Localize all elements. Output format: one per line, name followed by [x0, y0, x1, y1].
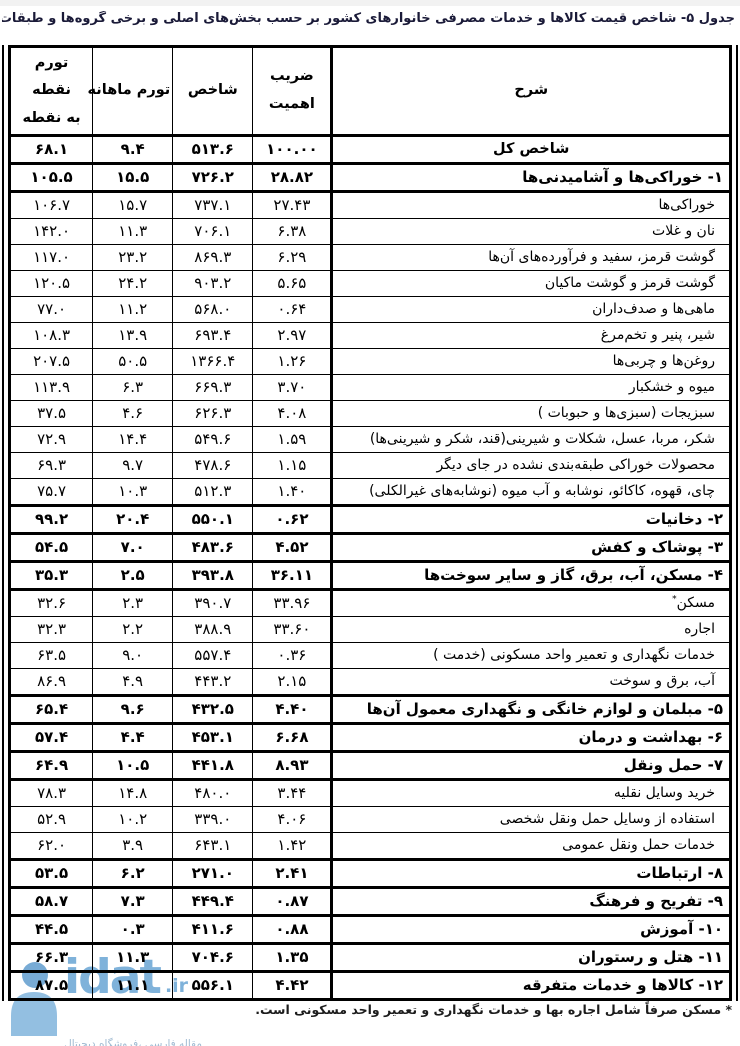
monthly-inflation-cell: ۱۱.۲ [93, 297, 173, 323]
monthly-inflation-cell: ۱۵.۵ [93, 164, 173, 192]
point-to-point-inflation-cell: ۵۴.۵ [10, 534, 93, 562]
description-cell: گوشت قرمز، سفید و فرآورده‌های آن‌ها [332, 245, 731, 271]
index-cell: ۷۰۶.۱ [173, 219, 253, 245]
table-row: چای، قهوه، کاکائو، نوشابه و آب میوه (نوش… [10, 479, 731, 506]
point-to-point-inflation-cell: ۷۷.۰ [10, 297, 93, 323]
index-cell: ۴۷۸.۶ [173, 453, 253, 479]
importance-weight-cell: ۲.۹۷ [253, 323, 332, 349]
monthly-inflation-cell: ۰.۳ [93, 916, 173, 944]
importance-weight-cell: ۲.۱۵ [253, 669, 332, 696]
point-to-point-inflation-cell: ۸۶.۹ [10, 669, 93, 696]
monthly-inflation-cell: ۱۴.۴ [93, 427, 173, 453]
page-top-edge [0, 0, 740, 6]
cpi-table-wrapper: شرح ضریب اهمیت شاخص تورم ماهانه تورم نقط… [2, 45, 738, 1001]
importance-weight-cell: ۱.۲۶ [253, 349, 332, 375]
monthly-inflation-cell: ۴.۴ [93, 724, 173, 752]
table-row: مسکن*۳۳.۹۶۳۹۰.۷۲.۳۳۲.۶ [10, 590, 731, 617]
index-cell: ۸۶۹.۳ [173, 245, 253, 271]
point-to-point-inflation-cell: ۳۲.۶ [10, 590, 93, 617]
table-row: ۱۰- آموزش۰.۸۸۴۱۱.۶۰.۳۴۴.۵ [10, 916, 731, 944]
monthly-inflation-cell: ۴.۹ [93, 669, 173, 696]
monthly-inflation-cell: ۴.۶ [93, 401, 173, 427]
description-cell: ۷- حمل ونقل [332, 752, 731, 780]
description-cell: ۱- خوراکی‌ها و آشامیدنی‌ها [332, 164, 731, 192]
table-row: ۱- خوراکی‌ها و آشامیدنی‌ها۲۸.۸۲۷۲۶.۲۱۵.۵… [10, 164, 731, 192]
importance-weight-cell: ۱.۱۵ [253, 453, 332, 479]
point-to-point-inflation-cell: ۱۱۷.۰ [10, 245, 93, 271]
importance-weight-cell: ۶.۶۸ [253, 724, 332, 752]
cpi-table: شرح ضریب اهمیت شاخص تورم ماهانه تورم نقط… [8, 45, 732, 1001]
importance-weight-cell: ۱۰۰.۰۰ [253, 136, 332, 164]
table-row: گوشت قرمز، سفید و فرآورده‌های آن‌ها۶.۲۹۸… [10, 245, 731, 271]
monthly-inflation-cell: ۵۰.۵ [93, 349, 173, 375]
index-cell: ۳۹۳.۸ [173, 562, 253, 590]
table-row: ۶- بهداشت و درمان۶.۶۸۴۵۳.۱۴.۴۵۷.۴ [10, 724, 731, 752]
importance-weight-cell: ۶.۳۸ [253, 219, 332, 245]
point-to-point-inflation-cell: ۶۳.۵ [10, 643, 93, 669]
table-body: شاخص کل۱۰۰.۰۰۵۱۳.۶۹.۴۶۸.۱۱- خوراکی‌ها و … [10, 136, 731, 1000]
monthly-inflation-cell: ۲.۳ [93, 590, 173, 617]
description-cell: چای، قهوه، کاکائو، نوشابه و آب میوه (نوش… [332, 479, 731, 506]
importance-weight-cell: ۲.۴۱ [253, 860, 332, 888]
description-cell: ۱۱- هتل و رستوران [332, 944, 731, 972]
monthly-inflation-cell: ۲.۵ [93, 562, 173, 590]
index-cell: ۷۳۷.۱ [173, 192, 253, 219]
description-cell: روغن‌ها و چربی‌ها [332, 349, 731, 375]
point-to-point-inflation-cell: ۳۲.۳ [10, 617, 93, 643]
monthly-inflation-cell: ۹.۷ [93, 453, 173, 479]
point-to-point-inflation-cell: ۹۹.۲ [10, 506, 93, 534]
index-cell: ۴۸۰.۰ [173, 780, 253, 807]
description-cell: خرید وسایل نقلیه [332, 780, 731, 807]
table-row: ۵- مبلمان و لوازم خانگی و نگهداری معمول … [10, 696, 731, 724]
table-row: شکر، مربا، عسل، شکلات و شیرینی(قند، شکر … [10, 427, 731, 453]
index-cell: ۴۴۳.۲ [173, 669, 253, 696]
monthly-inflation-cell: ۳.۹ [93, 833, 173, 860]
table-row: خدمات حمل ونقل عمومی۱.۴۲۶۴۳.۱۳.۹۶۲.۰ [10, 833, 731, 860]
index-cell: ۴۳۲.۵ [173, 696, 253, 724]
description-cell: شاخص کل [332, 136, 731, 164]
point-to-point-inflation-cell: ۶۵.۴ [10, 696, 93, 724]
description-cell: استفاده از وسایل حمل ونقل شخصی [332, 807, 731, 833]
table-row: ماهی‌ها و صدف‌داران۰.۶۴۵۶۸.۰۱۱.۲۷۷.۰ [10, 297, 731, 323]
importance-weight-cell: ۴.۰۶ [253, 807, 332, 833]
description-cell: ۹- تفریح و فرهنگ [332, 888, 731, 916]
header-monthly-inflation: تورم ماهانه [93, 47, 173, 136]
description-cell: اجاره [332, 617, 731, 643]
point-to-point-inflation-cell: ۲۰۷.۵ [10, 349, 93, 375]
monthly-inflation-cell: ۹.۶ [93, 696, 173, 724]
description-cell: ۸- ارتباطات [332, 860, 731, 888]
index-cell: ۵۱۳.۶ [173, 136, 253, 164]
point-to-point-inflation-cell: ۶۹.۳ [10, 453, 93, 479]
monthly-inflation-cell: ۲۴.۲ [93, 271, 173, 297]
monthly-inflation-cell: ۱۳.۹ [93, 323, 173, 349]
index-cell: ۵۵۷.۴ [173, 643, 253, 669]
watermark-brand-text: idat [64, 956, 160, 1001]
table-row: اجاره۳۳.۶۰۳۸۸.۹۲.۲۳۲.۳ [10, 617, 731, 643]
table-row: ۹- تفریح و فرهنگ۰.۸۷۴۴۹.۴۷.۳۵۸.۷ [10, 888, 731, 916]
point-to-point-inflation-cell: ۷۵.۷ [10, 479, 93, 506]
table-row: گوشت قرمز و گوشت ماکیان۵.۶۵۹۰۳.۲۲۴.۲۱۲۰.… [10, 271, 731, 297]
footnote: * مسکن صرفاً شامل اجاره بها و خدمات نگهد… [200, 1002, 732, 1017]
index-cell: ۶۶۹.۳ [173, 375, 253, 401]
index-cell: ۶۹۳.۴ [173, 323, 253, 349]
importance-weight-cell: ۴.۴۰ [253, 696, 332, 724]
header-point-line1: تورم نقطه [13, 50, 90, 105]
point-to-point-inflation-cell: ۵۲.۹ [10, 807, 93, 833]
index-cell: ۴۴۱.۸ [173, 752, 253, 780]
table-row: شیر، پنیر و تخم‌مرغ۲.۹۷۶۹۳.۴۱۳.۹۱۰۸.۳ [10, 323, 731, 349]
monthly-inflation-cell: ۲۰.۴ [93, 506, 173, 534]
importance-weight-cell: ۰.۳۶ [253, 643, 332, 669]
table-row: ۳- پوشاک و کفش۴.۵۲۴۸۳.۶۷.۰۵۴.۵ [10, 534, 731, 562]
index-cell: ۳۹۰.۷ [173, 590, 253, 617]
point-to-point-inflation-cell: ۶۸.۱ [10, 136, 93, 164]
monthly-inflation-cell: ۷.۳ [93, 888, 173, 916]
description-cell: سبزیجات (سبزی‌ها و حبوبات ) [332, 401, 731, 427]
table-row: خوراکی‌ها۲۷.۴۳۷۳۷.۱۱۵.۷۱۰۶.۷ [10, 192, 731, 219]
importance-weight-cell: ۱.۴۰ [253, 479, 332, 506]
description-cell: ۶- بهداشت و درمان [332, 724, 731, 752]
monthly-inflation-cell: ۲۳.۲ [93, 245, 173, 271]
description-cell: شیر، پنیر و تخم‌مرغ [332, 323, 731, 349]
importance-weight-cell: ۳۳.۹۶ [253, 590, 332, 617]
importance-weight-cell: ۳۶.۱۱ [253, 562, 332, 590]
table-row: ۲- دخانیات۰.۶۲۵۵۰.۱۲۰.۴۹۹.۲ [10, 506, 731, 534]
footnote-marker: * [672, 595, 677, 605]
watermark-domain-suffix: .ir [165, 975, 188, 997]
description-cell: خوراکی‌ها [332, 192, 731, 219]
importance-weight-cell: ۳.۷۰ [253, 375, 332, 401]
gidat-person-logo-icon [6, 960, 62, 1036]
description-cell: گوشت قرمز و گوشت ماکیان [332, 271, 731, 297]
importance-weight-cell: ۱.۴۲ [253, 833, 332, 860]
table-row: شاخص کل۱۰۰.۰۰۵۱۳.۶۹.۴۶۸.۱ [10, 136, 731, 164]
importance-weight-cell: ۱.۵۹ [253, 427, 332, 453]
index-cell: ۳۸۸.۹ [173, 617, 253, 643]
monthly-inflation-cell: ۱۰.۲ [93, 807, 173, 833]
header-point-to-point-inflation: تورم نقطه به نقطه [10, 47, 93, 136]
description-cell: ۵- مبلمان و لوازم خانگی و نگهداری معمول … [332, 696, 731, 724]
watermark-tagline: مقاله فارسی ،فروشگاه دیجیتال [52, 1038, 202, 1046]
importance-weight-cell: ۶.۲۹ [253, 245, 332, 271]
importance-weight-cell: ۲۸.۸۲ [253, 164, 332, 192]
table-row: خرید وسایل نقلیه۳.۴۴۴۸۰.۰۱۴.۸۷۸.۳ [10, 780, 731, 807]
table-row: استفاده از وسایل حمل ونقل شخصی۴.۰۶۳۳۹.۰۱… [10, 807, 731, 833]
description-cell: ماهی‌ها و صدف‌داران [332, 297, 731, 323]
index-cell: ۷۲۶.۲ [173, 164, 253, 192]
monthly-inflation-cell: ۷.۰ [93, 534, 173, 562]
header-row: شرح ضریب اهمیت شاخص تورم ماهانه تورم نقط… [10, 47, 731, 136]
point-to-point-inflation-cell: ۱۰۵.۵ [10, 164, 93, 192]
table-row: محصولات خوراکی طبقه‌بندی نشده در جای دیگ… [10, 453, 731, 479]
description-cell: خدمات حمل ونقل عمومی [332, 833, 731, 860]
index-cell: ۲۷۱.۰ [173, 860, 253, 888]
index-cell: ۳۳۹.۰ [173, 807, 253, 833]
description-cell: ۱۰- آموزش [332, 916, 731, 944]
point-to-point-inflation-cell: ۶۲.۰ [10, 833, 93, 860]
index-cell: ۴۸۳.۶ [173, 534, 253, 562]
point-to-point-inflation-cell: ۱۰۸.۳ [10, 323, 93, 349]
importance-weight-cell: ۳.۴۴ [253, 780, 332, 807]
index-cell: ۱۳۶۶.۴ [173, 349, 253, 375]
description-cell: آب، برق و سوخت [332, 669, 731, 696]
importance-weight-cell: ۴.۰۸ [253, 401, 332, 427]
point-to-point-inflation-cell: ۱۴۲.۰ [10, 219, 93, 245]
importance-weight-cell: ۲۷.۴۳ [253, 192, 332, 219]
index-cell: ۹۰۳.۲ [173, 271, 253, 297]
table-row: میوه و خشکبار۳.۷۰۶۶۹.۳۶.۳۱۱۳.۹ [10, 375, 731, 401]
point-to-point-inflation-cell: ۷۸.۳ [10, 780, 93, 807]
point-to-point-inflation-cell: ۷۲.۹ [10, 427, 93, 453]
description-cell: میوه و خشکبار [332, 375, 731, 401]
description-cell: خدمات نگهداری و تعمیر واحد مسکونی (خدمت … [332, 643, 731, 669]
table-row: سبزیجات (سبزی‌ها و حبوبات )۴.۰۸۶۲۶.۳۴.۶۳… [10, 401, 731, 427]
header-point-line2: به نقطه [13, 105, 90, 133]
table-row: روغن‌ها و چربی‌ها۱.۲۶۱۳۶۶.۴۵۰.۵۲۰۷.۵ [10, 349, 731, 375]
index-cell: ۴۱۱.۶ [173, 916, 253, 944]
header-index: شاخص [173, 47, 253, 136]
description-cell: محصولات خوراکی طبقه‌بندی نشده در جای دیگ… [332, 453, 731, 479]
monthly-inflation-cell: ۹.۴ [93, 136, 173, 164]
index-cell: ۵۴۹.۶ [173, 427, 253, 453]
point-to-point-inflation-cell: ۱۰۶.۷ [10, 192, 93, 219]
point-to-point-inflation-cell: ۵۸.۷ [10, 888, 93, 916]
monthly-inflation-cell: ۱۰.۵ [93, 752, 173, 780]
description-cell: ۴- مسکن، آب، برق، گاز و سایر سوخت‌ها [332, 562, 731, 590]
point-to-point-inflation-cell: ۵۳.۵ [10, 860, 93, 888]
importance-weight-cell: ۸.۹۳ [253, 752, 332, 780]
header-weight-line1: ضریب [255, 63, 328, 91]
table-row: نان و غلات۶.۳۸۷۰۶.۱۱۱.۳۱۴۲.۰ [10, 219, 731, 245]
point-to-point-inflation-cell: ۳۷.۵ [10, 401, 93, 427]
index-cell: ۶۴۳.۱ [173, 833, 253, 860]
description-cell: شکر، مربا، عسل، شکلات و شیرینی(قند، شکر … [332, 427, 731, 453]
importance-weight-cell: ۱.۳۵ [253, 944, 332, 972]
description-cell: نان و غلات [332, 219, 731, 245]
monthly-inflation-cell: ۶.۳ [93, 375, 173, 401]
table-title: جدول ۵- شاخص قیمت کالاها و خدمات مصرفی خ… [2, 11, 735, 26]
point-to-point-inflation-cell: ۳۵.۳ [10, 562, 93, 590]
header-importance-weight: ضریب اهمیت [253, 47, 332, 136]
description-cell: ۲- دخانیات [332, 506, 731, 534]
importance-weight-cell: ۰.۶۲ [253, 506, 332, 534]
point-to-point-inflation-cell: ۱۲۰.۵ [10, 271, 93, 297]
monthly-inflation-cell: ۱۰.۳ [93, 479, 173, 506]
monthly-inflation-cell: ۱۱.۳ [93, 219, 173, 245]
monthly-inflation-cell: ۱۴.۸ [93, 780, 173, 807]
monthly-inflation-cell: ۱۵.۷ [93, 192, 173, 219]
monthly-inflation-cell: ۹.۰ [93, 643, 173, 669]
point-to-point-inflation-cell: ۵۷.۴ [10, 724, 93, 752]
table-row: خدمات نگهداری و تعمیر واحد مسکونی (خدمت … [10, 643, 731, 669]
header-description: شرح [332, 47, 731, 136]
description-cell: مسکن* [332, 590, 731, 617]
importance-weight-cell: ۴.۴۲ [253, 972, 332, 1000]
importance-weight-cell: ۵.۶۵ [253, 271, 332, 297]
description-cell: ۱۲- کالاها و خدمات متفرقه [332, 972, 731, 1000]
index-cell: ۶۲۶.۳ [173, 401, 253, 427]
importance-weight-cell: ۴.۵۲ [253, 534, 332, 562]
point-to-point-inflation-cell: ۶۴.۹ [10, 752, 93, 780]
index-cell: ۵۵۰.۱ [173, 506, 253, 534]
importance-weight-cell: ۳۳.۶۰ [253, 617, 332, 643]
importance-weight-cell: ۰.۸۷ [253, 888, 332, 916]
table-row: آب، برق و سوخت۲.۱۵۴۴۳.۲۴.۹۸۶.۹ [10, 669, 731, 696]
table-row: ۴- مسکن، آب، برق، گاز و سایر سوخت‌ها۳۶.۱… [10, 562, 731, 590]
importance-weight-cell: ۰.۶۴ [253, 297, 332, 323]
description-cell: ۳- پوشاک و کفش [332, 534, 731, 562]
index-cell: ۴۵۳.۱ [173, 724, 253, 752]
importance-weight-cell: ۰.۸۸ [253, 916, 332, 944]
monthly-inflation-cell: ۲.۲ [93, 617, 173, 643]
monthly-inflation-cell: ۶.۲ [93, 860, 173, 888]
table-row: ۷- حمل ونقل۸.۹۳۴۴۱.۸۱۰.۵۶۴.۹ [10, 752, 731, 780]
index-cell: ۵۱۲.۳ [173, 479, 253, 506]
table-row: ۸- ارتباطات۲.۴۱۲۷۱.۰۶.۲۵۳.۵ [10, 860, 731, 888]
gidat-watermark[interactable]: idat .ir مقاله فارسی ،فروشگاه دیجیتال [6, 956, 246, 1042]
point-to-point-inflation-cell: ۴۴.۵ [10, 916, 93, 944]
point-to-point-inflation-cell: ۱۱۳.۹ [10, 375, 93, 401]
index-cell: ۵۶۸.۰ [173, 297, 253, 323]
header-weight-line2: اهمیت [255, 91, 328, 119]
index-cell: ۴۴۹.۴ [173, 888, 253, 916]
